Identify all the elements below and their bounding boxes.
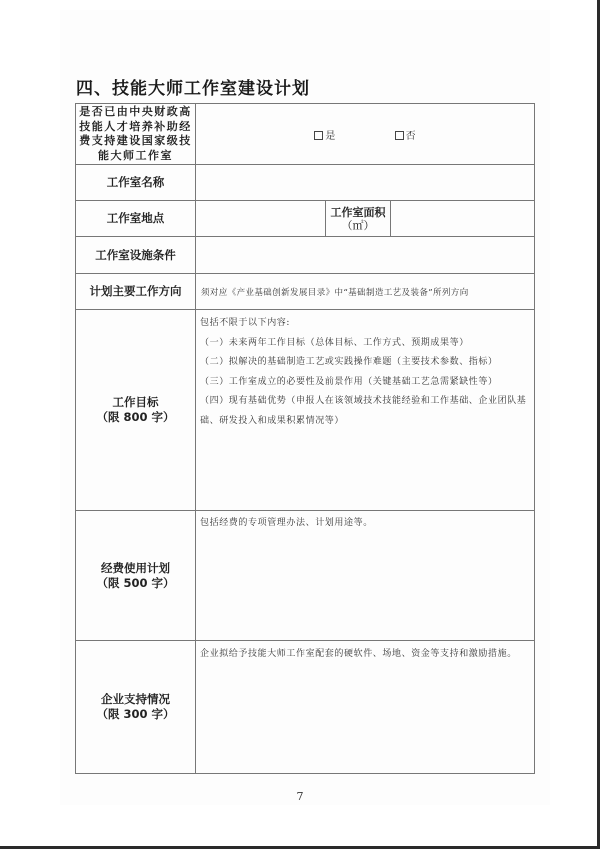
studio-area-field[interactable] <box>391 201 535 237</box>
enterprise-support-label-cell: 企业支持情况 （限 300 字） <box>76 641 196 774</box>
goals-item-3: （三）工作室成立的必要性及前景作用（关键基础工艺急需紧缺性等） <box>200 373 531 393</box>
direction-note[interactable]: 须对应《产业基础创新发展目录》中“基础制造工艺及装备”所列方向 <box>196 274 535 310</box>
goals-item-2: （二）拟解决的基础制造工艺或实践操作难题（主要技术参数、指标） <box>200 353 531 373</box>
section-title: 四、技能大师工作室建设计划 <box>76 74 310 99</box>
goals-label: 工作目标 <box>76 395 195 410</box>
studio-location-label: 工作室地点 <box>76 201 196 237</box>
studio-area-unit: （㎡） <box>326 219 390 232</box>
goals-item-4: （四）现有基础优势（申报人在该领域技术技能经验和工作基础、企业团队基础、研发投入… <box>200 392 531 431</box>
funding-plan-field[interactable]: 包括经费的专项管理办法、计划用途等。 <box>196 511 535 641</box>
studio-area-label: 工作室面积 <box>326 206 390 219</box>
row-funding-plan: 经费使用计划 （限 500 字） 包括经费的专项管理办法、计划用途等。 <box>76 511 535 641</box>
checkbox-yes-icon[interactable] <box>314 131 323 140</box>
row-facilities: 工作室设施条件 <box>76 237 535 274</box>
option-yes[interactable]: 是 <box>314 127 335 142</box>
studio-area-label-cell: 工作室面积 （㎡） <box>326 201 391 237</box>
enterprise-support-field[interactable]: 企业拟给予技能大师工作室配套的硬软件、场地、资金等支持和激励措施。 <box>196 641 535 774</box>
funding-plan-note: 包括经费的专项管理办法、计划用途等。 <box>196 511 534 531</box>
facilities-field[interactable] <box>196 237 535 274</box>
row-studio-name: 工作室名称 <box>76 165 535 201</box>
row-goals: 工作目标 （限 800 字） 包括不限于以下内容: （一）未来两年工作目标（总体… <box>76 310 535 511</box>
row-direction: 计划主要工作方向 须对应《产业基础创新发展目录》中“基础制造工艺及装备”所列方向 <box>76 274 535 310</box>
funded-question-label: 是否已由中央财政高技能人才培养补助经费支持建设国家级技能大师工作室 <box>76 104 196 165</box>
goals-item-1: （一）未来两年工作目标（总体目标、工作方式、预期成果等） <box>200 334 531 354</box>
funding-plan-label-cell: 经费使用计划 （限 500 字） <box>76 511 196 641</box>
studio-plan-table: 是否已由中央财政高技能人才培养补助经费支持建设国家级技能大师工作室 是 否 工作… <box>75 103 535 774</box>
studio-name-field[interactable] <box>196 165 535 201</box>
enterprise-support-note: 企业拟给予技能大师工作室配套的硬软件、场地、资金等支持和激励措施。 <box>196 641 534 664</box>
option-no[interactable]: 否 <box>395 127 416 142</box>
facilities-label: 工作室设施条件 <box>76 237 196 274</box>
goals-field[interactable]: 包括不限于以下内容: （一）未来两年工作目标（总体目标、工作方式、预期成果等） … <box>196 310 535 511</box>
direction-label: 计划主要工作方向 <box>76 274 196 310</box>
funding-plan-label: 经费使用计划 <box>76 561 195 576</box>
studio-location-field[interactable] <box>196 201 326 237</box>
row-enterprise-support: 企业支持情况 （限 300 字） 企业拟给予技能大师工作室配套的硬软件、场地、资… <box>76 641 535 774</box>
row-funded-question: 是否已由中央财政高技能人才培养补助经费支持建设国家级技能大师工作室 是 否 <box>76 104 535 165</box>
funded-question-options: 是 否 <box>196 104 535 165</box>
row-studio-location: 工作室地点 工作室面积 （㎡） <box>76 201 535 237</box>
checkbox-no-icon[interactable] <box>395 131 404 140</box>
enterprise-support-limit: （限 300 字） <box>76 707 195 722</box>
enterprise-support-label: 企业支持情况 <box>76 692 195 707</box>
studio-name-label: 工作室名称 <box>76 165 196 201</box>
goals-intro: 包括不限于以下内容: <box>200 314 531 334</box>
funding-plan-limit: （限 500 字） <box>76 576 195 591</box>
goals-limit: （限 800 字） <box>76 410 195 425</box>
page-number: 7 <box>0 790 600 803</box>
goals-label-cell: 工作目标 （限 800 字） <box>76 310 196 511</box>
